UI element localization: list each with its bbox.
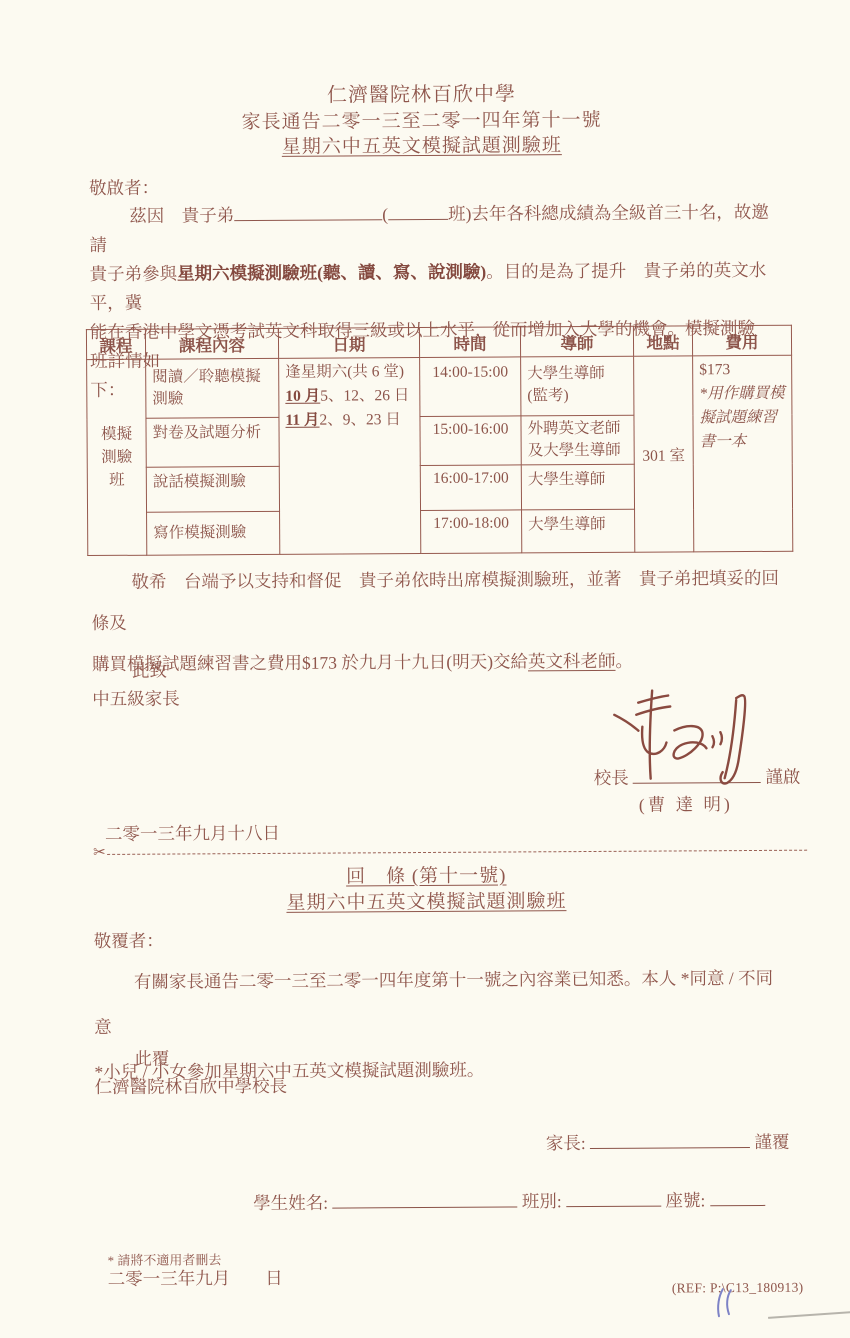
seat-line (710, 1191, 765, 1206)
content-cell: 閱讀／聆聽模擬測驗 (146, 358, 279, 418)
dashed-tear-line (107, 850, 807, 855)
date-days2: 2、9、23 日 (319, 411, 400, 428)
student-name-label: 學生姓名: (253, 1193, 328, 1213)
time-cell: 14:00-15:00 (420, 357, 521, 417)
col-fee: 費用 (692, 325, 791, 356)
reply-subject: 星期六中五英文模擬試題測驗班 (1, 884, 850, 916)
cut-line: ✂ (93, 850, 799, 855)
tutor-cell: 大學生導師 (521, 464, 634, 510)
salutation: 敬啟者： (89, 174, 159, 203)
para1-course-bold: 星期六模擬測驗班(聽、讀、寫、說測驗) (177, 262, 486, 284)
para2-l1: 敬希 台端予以支持和督促 貴子弟依時出席模擬測驗班，並著 貴子弟把填妥的回條及 (92, 568, 779, 633)
principal-signature-handwriting (608, 686, 769, 792)
principal-name: (曹 達 明) (639, 790, 733, 820)
date-month2: 11 月 (285, 412, 319, 429)
student-info-row: 學生姓名: 班別: 座號: (253, 1186, 765, 1218)
recipient: 中五級家長 (92, 684, 180, 714)
reply-addressee: 仁濟醫院林百欣中學校長 (94, 1072, 287, 1102)
course-name-cell: 模擬測驗班 (87, 359, 147, 555)
class-label: 班別: (522, 1191, 562, 1211)
date-line1: 逢星期六(共 6 堂) (285, 363, 404, 381)
scissors-icon: ✂ (93, 843, 106, 862)
student-name-line (332, 1192, 517, 1208)
parent-respect-suffix: 謹覆 (754, 1132, 789, 1152)
col-date: 日期 (278, 328, 419, 359)
respect-suffix: 謹啟 (765, 767, 800, 787)
parent-label: 家長: (546, 1133, 586, 1153)
para1-l1a: 茲因 貴子弟 (129, 205, 234, 226)
class-blank (388, 203, 448, 220)
notice-subject: 星期六中五英文模擬試題測驗班 (0, 128, 847, 160)
date-month1: 10 月 (285, 388, 320, 405)
para1-l2a: 貴子弟參與 (90, 264, 178, 285)
col-course: 課程 (86, 329, 145, 359)
time-cell: 17:00-18:00 (421, 510, 522, 554)
content-cell: 說話模擬測驗 (146, 466, 279, 512)
tutor-cell: 大學生導師 (監考) (521, 356, 634, 416)
time-cell: 16:00-17:00 (420, 465, 521, 511)
venue-cell: 301 室 (634, 356, 694, 552)
table-header-row: 課程 課程內容 日期 時間 導師 地點 費用 (86, 325, 791, 359)
col-tutor: 導師 (520, 326, 633, 357)
paper-sheet: 仁濟醫院林百欣中學 家長通告二零一三至二零一四年第十一號 星期六中五英文模擬試題… (0, 0, 850, 1338)
date-days1: 5、12、26 日 (320, 387, 409, 405)
student-name-blank (234, 203, 382, 221)
content-cell: 對卷及試題分析 (146, 417, 279, 467)
col-content: 課程內容 (145, 328, 278, 359)
reply-close-word: 此覆 (134, 1045, 169, 1074)
col-venue: 地點 (633, 326, 692, 356)
handwritten-page-mark (710, 1286, 738, 1320)
para2-teacher-underlined: 英文科老師 (528, 651, 616, 672)
tutor-cell: 外聘英文老師 及大學生導師 (521, 415, 634, 465)
time-cell: 15:00-16:00 (420, 416, 521, 466)
fee-note: *用作購買模擬試題練習書一本 (699, 385, 784, 451)
para2-l2c: 。 (615, 651, 633, 671)
date-cell: 逢星期六(共 6 堂) 10 月5、12、26 日 11 月2、9、23 日 (279, 358, 421, 555)
letter-date: 二零一三年九月十八日 (105, 819, 280, 849)
request-paragraph: 敬希 台端予以支持和督促 貴子弟依時出席模擬測驗班，並著 貴子弟把填妥的回條及 … (91, 558, 782, 685)
fee-amount: $173 (699, 361, 730, 378)
parent-signature-line (590, 1133, 750, 1149)
reply-body-l1: 有關家長通告二零一三至二零一四年度第十一號之內容業已知悉。本人 *同意 / 不同… (94, 968, 773, 1037)
class-line (566, 1192, 661, 1208)
fee-cell: $173 *用作購買模擬試題練習書一本 (693, 355, 793, 552)
scanned-notice-page: 仁濟醫院林百欣中學 家長通告二零一三至二零一四年第十一號 星期六中五英文模擬試題… (0, 0, 850, 1338)
close-word: 此致 (132, 657, 167, 686)
course-table: 課程 課程內容 日期 時間 導師 地點 費用 模擬測驗班 閱讀／聆聽模擬測驗 逢… (86, 325, 793, 556)
seat-label: 座號: (665, 1190, 705, 1210)
table-row: 模擬測驗班 閱讀／聆聽模擬測驗 逢星期六(共 6 堂) 10 月5、12、26 … (87, 355, 792, 418)
reply-salutation: 敬覆者： (94, 927, 164, 956)
content-cell: 寫作模擬測驗 (147, 511, 280, 555)
tutor-cell: 大學生導師 (522, 509, 635, 553)
parent-signature-row: 家長: 謹覆 (546, 1128, 790, 1158)
col-time: 時間 (419, 327, 520, 358)
reply-date-line: 二零一三年九月 日 (108, 1264, 283, 1294)
